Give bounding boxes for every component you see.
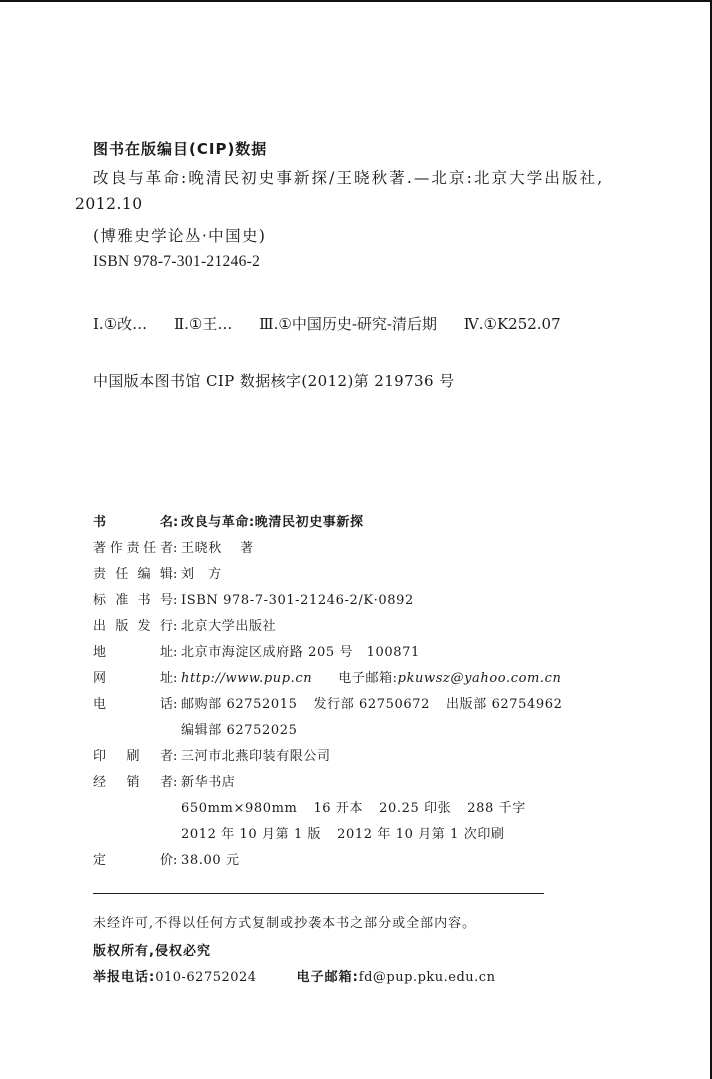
imprint-value: 邮购部 62752015发行部 62750672出版部 62754962: [181, 696, 563, 714]
cip-series: (博雅史学论丛·中国史): [93, 224, 266, 246]
phone-editorial: 编辑部 62752025: [181, 722, 298, 740]
imprint-row-price: 定 价 : 38.00 元: [93, 852, 563, 878]
imprint-row-publisher: 出 版 发 行 : 北京大学出版社: [93, 618, 563, 644]
rights-reserved: 版权所有,侵权必究: [93, 940, 211, 959]
classification-item: Ⅲ.①中国历史-研究-清后期: [259, 315, 437, 333]
phone-publishing: 出版部 62754962: [446, 697, 563, 712]
classification-item: Ⅳ.①K252.07: [464, 315, 561, 333]
cip-classification: Ⅰ.①改… Ⅱ.①王… Ⅲ.①中国历史-研究-清后期 Ⅳ.①K252.07: [93, 313, 561, 334]
classification-item: Ⅰ.①改…: [93, 315, 147, 333]
imprint-row-editor: 责 任 编 辑 : 刘 方: [93, 566, 563, 592]
imprint-label: 书 名: [93, 514, 173, 532]
imprint-value: 王晓秋 著: [181, 540, 254, 558]
imprint-label: 印 刷 者: [93, 748, 173, 766]
report-contact: 举报电话:010-62752024电子邮箱:fd@pup.pku.edu.cn: [93, 966, 495, 985]
imprint-value: http://www.pup.cn电子邮箱:pkuwsz@yahoo.com.c…: [181, 670, 562, 688]
cip-year: 2012.10: [75, 195, 143, 213]
imprint-label: 定 价: [93, 852, 173, 870]
report-phone-label: 举报电话:: [93, 970, 155, 985]
imprint-label: 经 销 者: [93, 774, 173, 792]
imprint-value: 新华书店: [181, 774, 235, 792]
phone-distribution: 发行部 62750672: [314, 697, 431, 712]
imprint-label: 标 准 书 号: [93, 592, 173, 610]
cip-description: 改良与革命:晚清民初史事新探/王晓秋著.—北京:北京大学出版社,: [93, 166, 604, 188]
email-link[interactable]: pkuwsz@yahoo.com.cn: [398, 671, 562, 686]
report-email-label: 电子邮箱:: [297, 970, 359, 985]
imprint-row-phone: 电 话 : 邮购部 62752015发行部 62750672出版部 627549…: [93, 696, 563, 722]
imprint-label: 责 任 编 辑: [93, 566, 173, 584]
phone-mail-order: 邮购部 62752015: [181, 697, 298, 712]
imprint-label: 网 址: [93, 670, 173, 688]
edition-info: 2012 年 10 月第 1 版2012 年 10 月第 1 次印刷: [181, 826, 505, 844]
imprint-label: 出 版 发 行: [93, 618, 173, 636]
imprint-row-phone-cont: 编辑部 62752025: [93, 722, 563, 748]
report-phone: 010-62752024: [155, 970, 256, 985]
cip-title: 图书在版编目(CIP)数据: [93, 138, 267, 159]
imprint-row-printer: 印 刷 者 : 三河市北燕印装有限公司: [93, 748, 563, 774]
report-email[interactable]: fd@pup.pku.edu.cn: [359, 970, 496, 985]
imprint-label: 电 话: [93, 696, 173, 714]
cip-isbn: ISBN 978-7-301-21246-2: [93, 253, 260, 271]
imprint-value: 北京大学出版社: [181, 618, 276, 636]
email-label: 电子邮箱:: [338, 671, 397, 686]
divider-line: [93, 893, 544, 894]
classification-item: Ⅱ.①王…: [174, 315, 232, 333]
imprint-value: 38.00 元: [181, 852, 240, 870]
imprint-row-isbn: 标 准 书 号 : ISBN 978-7-301-21246-2/K·0892: [93, 592, 563, 618]
imprint-row-website: 网 址 : http://www.pup.cn电子邮箱:pkuwsz@yahoo…: [93, 670, 563, 696]
imprint-row-format: 650mm×980mm16 开本20.25 印张288 千字: [93, 800, 563, 826]
imprint-row-address: 地 址 : 北京市海淀区成府路 205 号 100871: [93, 644, 563, 670]
imprint-value: 北京市海淀区成府路 205 号 100871: [181, 644, 420, 662]
imprint-row-edition: 2012 年 10 月第 1 版2012 年 10 月第 1 次印刷: [93, 826, 563, 852]
imprint-value: 三河市北燕印装有限公司: [181, 748, 331, 766]
imprint-label: 地 址: [93, 644, 173, 662]
imprint-value: 改良与革命:晚清民初史事新探: [181, 514, 364, 532]
imprint-row-title: 书 名 : 改良与革命:晚清民初史事新探: [93, 514, 563, 540]
imprint-row-author: 著 作 责 任 者 : 王晓秋 著: [93, 540, 563, 566]
imprint-table: 书 名 : 改良与革命:晚清民初史事新探 著 作 责 任 者 : 王晓秋 著 责…: [93, 514, 563, 878]
imprint-value: ISBN 978-7-301-21246-2/K·0892: [181, 592, 414, 610]
imprint-value: 刘 方: [181, 566, 222, 584]
cip-check-number: 中国版本图书馆 CIP 数据核字(2012)第 219736 号: [93, 370, 455, 391]
format-info: 650mm×980mm16 开本20.25 印张288 千字: [181, 800, 526, 818]
copyright-page: 图书在版编目(CIP)数据 改良与革命:晚清民初史事新探/王晓秋著.—北京:北京…: [0, 0, 712, 1079]
imprint-label: 著 作 责 任 者: [93, 540, 173, 558]
copyright-warning: 未经许可,不得以任何方式复制或抄袭本书之部分或全部内容。: [93, 912, 476, 931]
imprint-row-distributor: 经 销 者 : 新华书店: [93, 774, 563, 800]
website-link[interactable]: http://www.pup.cn: [181, 671, 312, 686]
